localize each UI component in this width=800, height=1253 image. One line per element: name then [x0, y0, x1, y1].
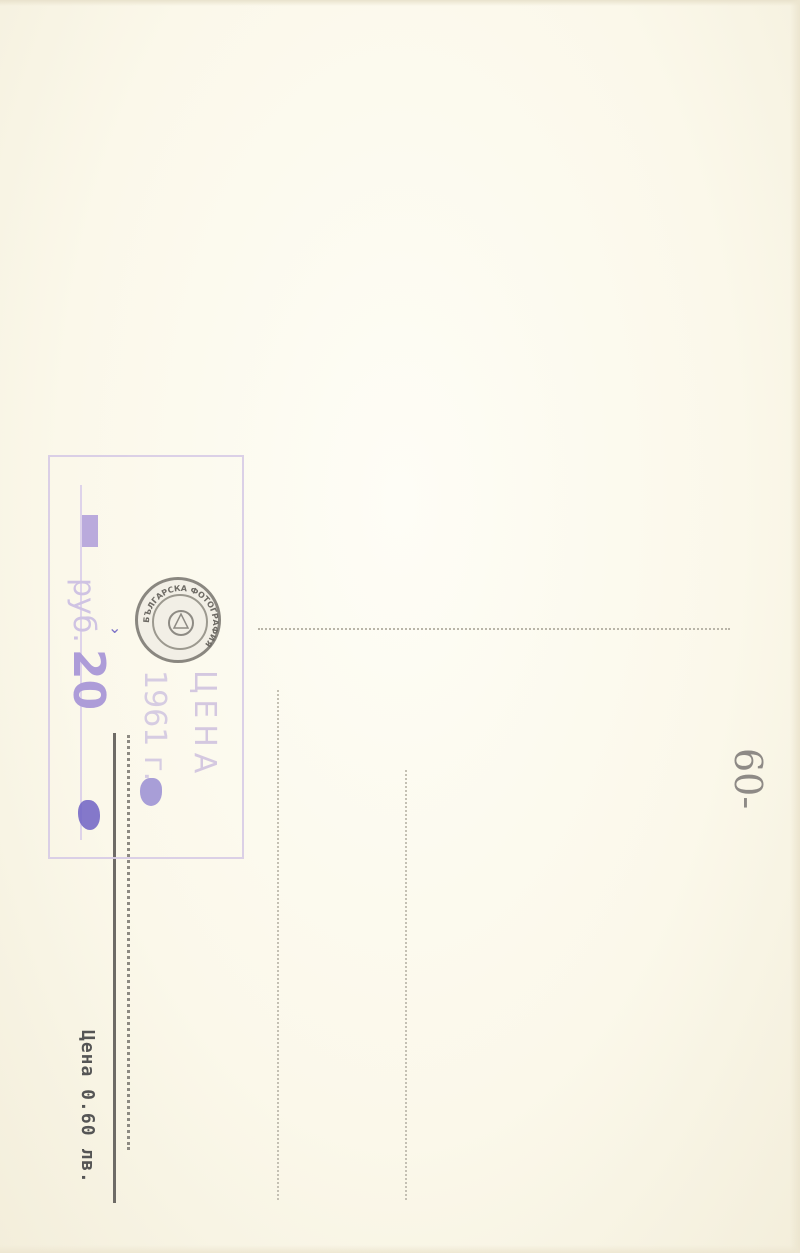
postcard-back: ⌄ ЦЕНА 1961 г. руб.20 БЪЛГАРСКА ФОТОГРАФ…: [0, 0, 800, 1253]
svg-text:БЪЛГАРСКА ФОТОГРАФИЯ: БЪЛГАРСКА ФОТОГРАФИЯ: [142, 584, 220, 649]
printed-price: Цена 0.60 лв.: [77, 1030, 98, 1184]
horizontal-dotted-divider: [258, 628, 730, 630]
worn-edge-bottom: [0, 1245, 800, 1253]
stamp-label: ЦЕНА: [187, 670, 222, 779]
address-line-2: [405, 770, 407, 1200]
stamp-price: руб.20: [63, 578, 114, 710]
worn-edge-right: [790, 0, 800, 1253]
stamp-value: 20: [63, 649, 114, 710]
stamp-ink-box: [82, 515, 98, 547]
photographer-seal: БЪЛГАРСКА ФОТОГРАФИЯ: [135, 577, 221, 663]
ink-blot: [140, 778, 162, 806]
stamp-currency: руб.: [66, 578, 101, 643]
address-line-1: [277, 690, 279, 1200]
ink-blot: [78, 800, 100, 830]
worn-edge-top: [0, 0, 800, 6]
seal-emblem-icon: БЪЛГАРСКА ФОТОГРАФИЯ: [138, 580, 224, 666]
stamp-year: 1961 г.: [137, 670, 172, 781]
pencil-price-note: 60-: [726, 748, 770, 809]
